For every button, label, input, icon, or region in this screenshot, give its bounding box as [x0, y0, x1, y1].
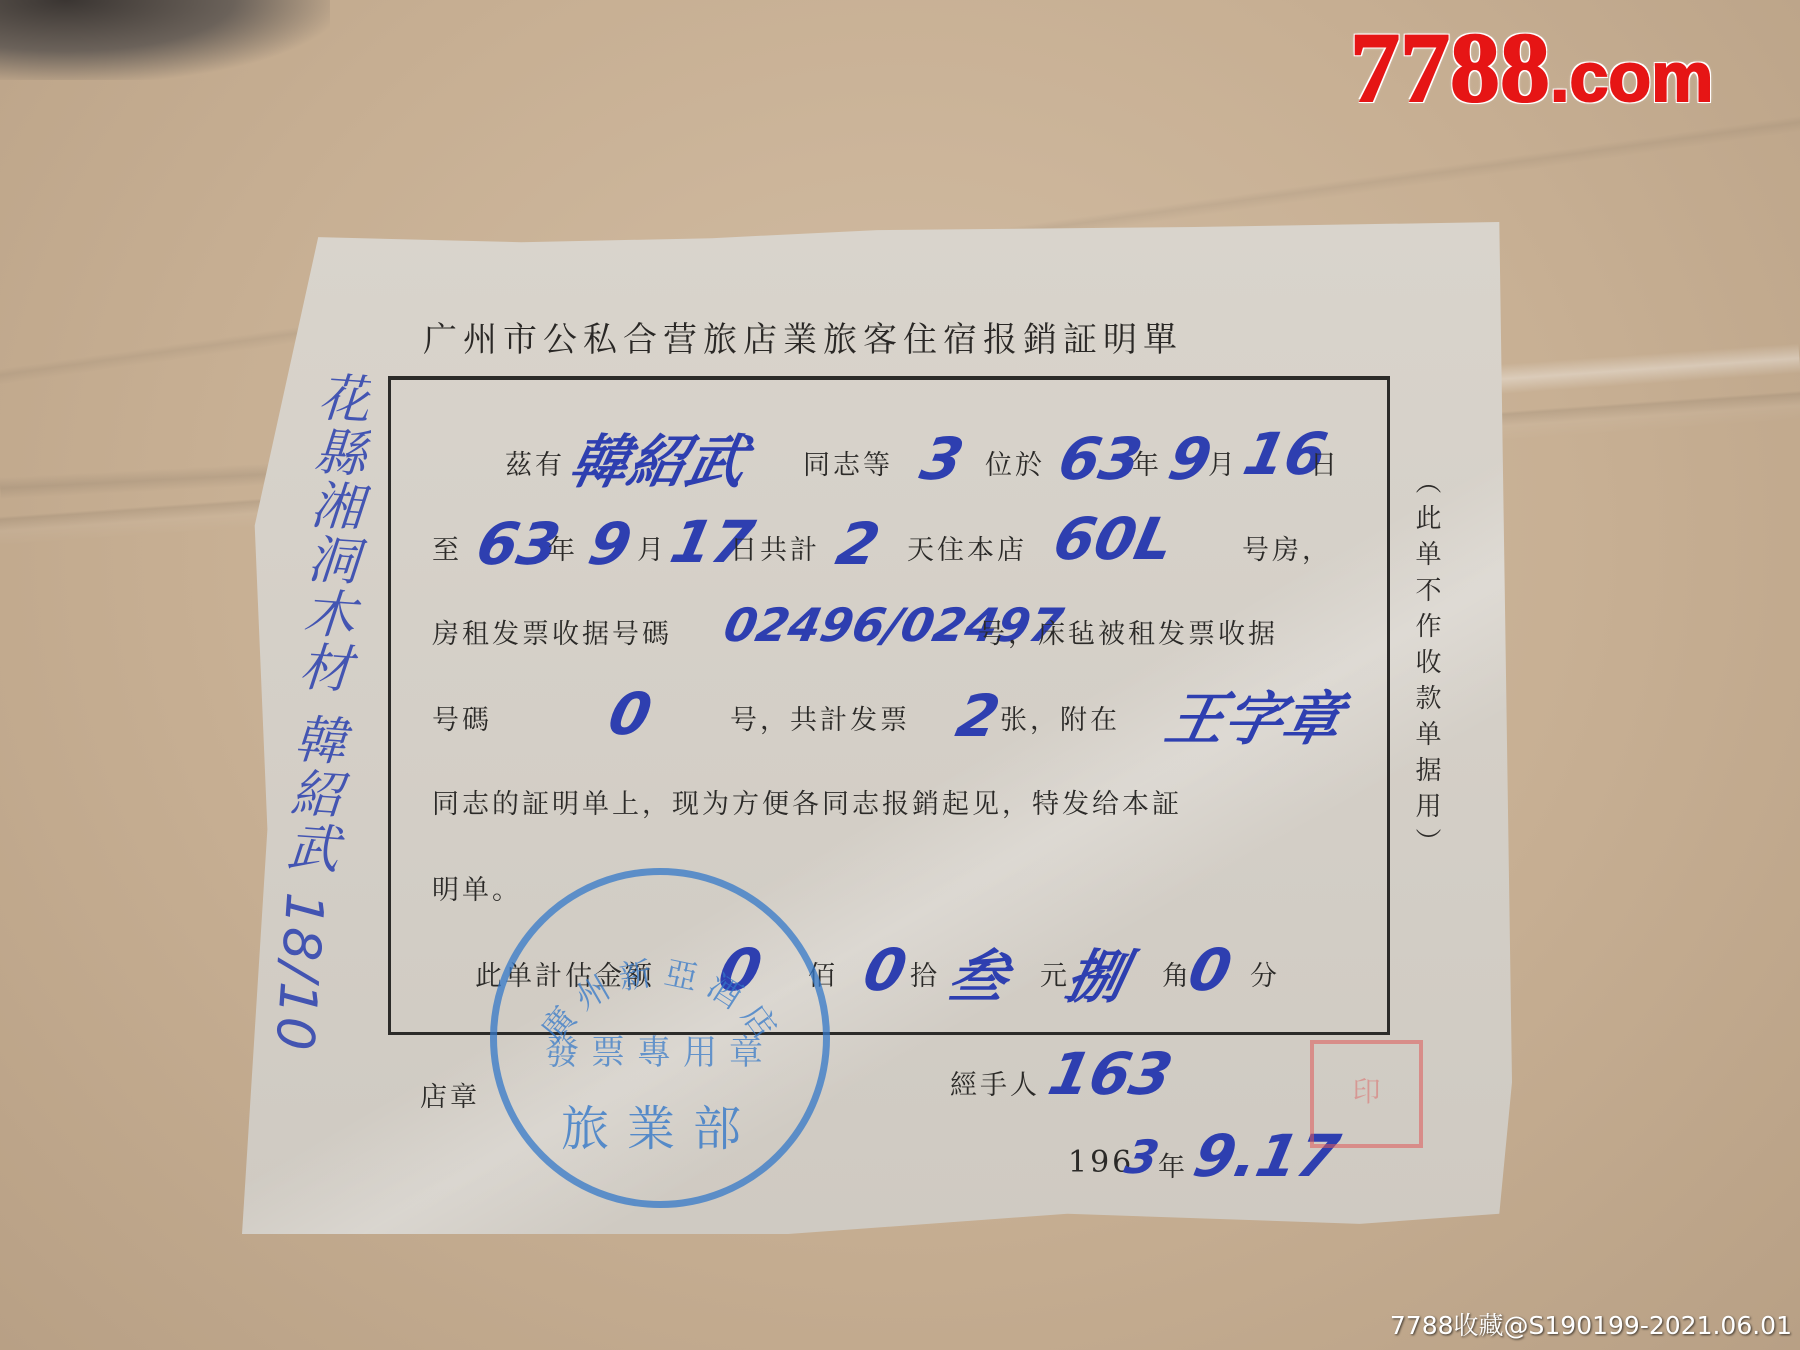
label-bedding-receipt: 号，床毡被租发票收据	[978, 612, 1278, 651]
statement-line: 同志的証明单上，现为方便各同志报銷起见，特发给本証	[432, 782, 1182, 821]
document-title: 广州市公私合营旅店業旅客住宿报銷証明單	[423, 312, 1183, 361]
watermark: 7788收藏@S190199-2021.06.01	[1390, 1306, 1792, 1342]
label-month: 月	[637, 528, 667, 567]
logo-suffix: .com	[1550, 38, 1713, 116]
site-logo: 7788.com	[1350, 18, 1713, 118]
label-comrades: 同志等	[803, 443, 893, 482]
red-square-seal: 印	[1310, 1040, 1423, 1148]
label-stay: 天住本店	[907, 528, 1027, 567]
label-attach: 张，附在	[1000, 698, 1120, 737]
label-prefix: 茲有	[505, 443, 565, 482]
side-note: （此单不作收款单据用）	[1405, 468, 1445, 864]
room-number: 60L	[1048, 505, 1180, 573]
label-day-total: 日共計	[730, 528, 820, 567]
label-day: 日	[1310, 443, 1340, 482]
label-invoice-count: 号，共計发票	[730, 698, 910, 737]
hotel-invoice-stamp: 廣州新亞酒店 發票專用章 旅業部	[490, 868, 830, 1208]
label-date-year: 年	[1158, 1145, 1188, 1184]
label-year: 年	[548, 528, 578, 567]
label-rent-receipt: 房租发票收据号碼	[432, 612, 672, 651]
background-shadow	[0, 0, 330, 80]
stamp-bottom-text: 旅業部	[497, 1090, 823, 1159]
label-year: 年	[1132, 443, 1162, 482]
handler-signature: 163	[1043, 1040, 1179, 1108]
label-number: 号碼	[432, 698, 492, 737]
label-room: 号房，	[1242, 528, 1332, 567]
label-handler: 經手人	[950, 1063, 1040, 1102]
guest-name: 韓紹武	[563, 415, 755, 499]
label-position: 位於	[985, 443, 1045, 482]
stamp-middle-text: 發票專用章	[497, 1025, 823, 1074]
attached-to-name: 王字章	[1159, 672, 1351, 756]
label-fen: 分	[1250, 954, 1280, 993]
label-month: 月	[1208, 443, 1238, 482]
label-shop-seal: 店章	[420, 1075, 480, 1114]
label-tens: 拾	[910, 954, 940, 993]
label-to: 至	[432, 528, 462, 567]
cardboard-crease	[0, 463, 280, 500]
logo-brand: 7788	[1350, 12, 1550, 123]
